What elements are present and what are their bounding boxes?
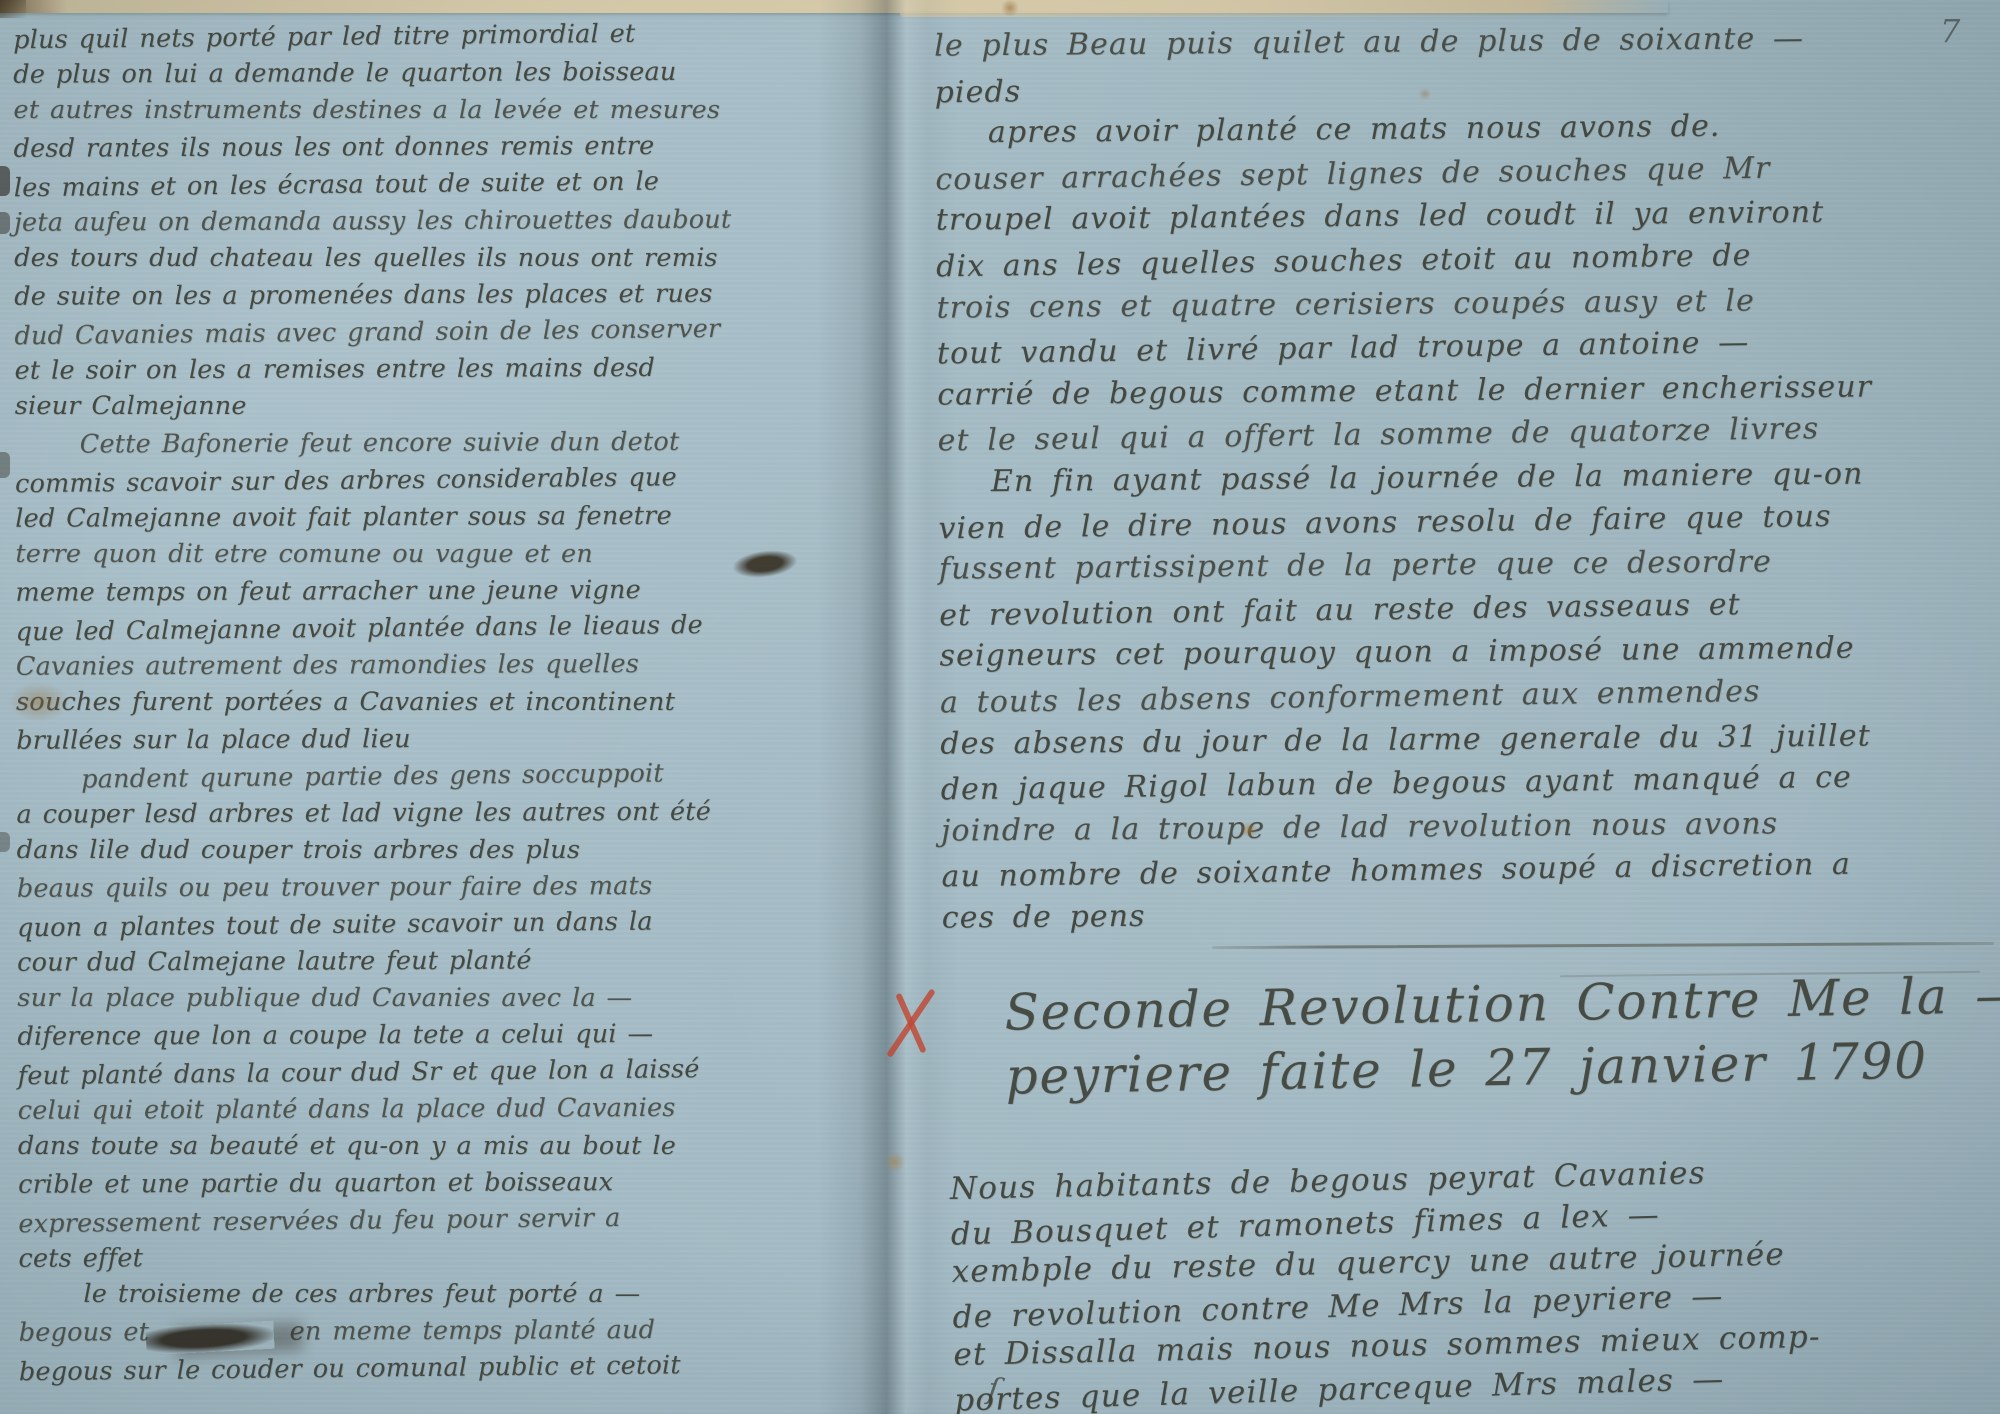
red-x-margin-mark — [880, 982, 940, 1063]
manuscript-line: beaus quils ou peu trouver pour faire de… — [17, 867, 827, 908]
brown-stain — [8, 682, 70, 722]
edge-ink-mark — [0, 452, 10, 478]
rust-spot — [1240, 822, 1258, 838]
corner-stain — [0, 0, 26, 18]
manuscript-line: begous sur le couder ou comunal public e… — [19, 1346, 829, 1391]
edge-ink-mark — [0, 166, 10, 196]
manuscript-line: crible et une partie du quarton et boiss… — [18, 1163, 828, 1204]
edge-ink-mark — [0, 212, 10, 234]
rust-spot — [1418, 88, 1432, 100]
manuscript-line: et le soir on les a remises entre les ma… — [14, 349, 824, 390]
manuscript-line: Cavanies autrement des ramondies les que… — [16, 645, 826, 686]
manuscript-line: begous et en meme temps planté aud — [19, 1311, 829, 1352]
manuscript-line: sieur Calmejanne — [15, 388, 825, 425]
manuscript-scan: plus quil nets porté par led titre primo… — [0, 0, 2000, 1414]
manuscript-line: quon a plantes tout de suite scavoir un … — [17, 902, 827, 947]
manuscript-line: le troisieme de ces arbres feut porté a … — [19, 1276, 829, 1313]
rust-spot — [1000, 0, 1020, 16]
manuscript-line: cour dud Calmejane lautre feut planté — [17, 941, 827, 982]
manuscript-line: pandent qurune partie des gens soccuppoi… — [16, 754, 826, 799]
manuscript-line: dans lile dud couper trois arbres des pl… — [17, 832, 827, 869]
left-page-text: plus quil nets porté par led titre primo… — [13, 16, 829, 1389]
manuscript-line: diference que lon a coupe la tete a celu… — [17, 1015, 827, 1056]
manuscript-line: celui qui etoit planté dans la place dud… — [18, 1089, 828, 1130]
manuscript-line: de plus on lui a demande le quarton les … — [13, 53, 823, 94]
right-page-lower-text: Nous habitants de begous peyrat Cavanies… — [950, 1147, 2000, 1414]
manuscript-line: expressement reservées du feu pour servi… — [18, 1198, 828, 1243]
manuscript-line: sur la place publique dud Cavanies avec … — [17, 980, 827, 1017]
manuscript-line: a couper lesd arbres et lad vigne les au… — [16, 793, 826, 834]
manuscript-line: meme temps on feut arracher une jeune vi… — [15, 571, 825, 612]
edge-ink-mark — [0, 832, 10, 852]
manuscript-line: dud Cavanies mais avec grand soin de les… — [14, 310, 824, 355]
manuscript-line: Cette Bafonerie feut encore suivie dun d… — [15, 423, 825, 464]
manuscript-line: de suite on les a promenées dans les pla… — [14, 275, 824, 316]
manuscript-line: desd rantes ils nous les ont donnes remi… — [14, 127, 824, 168]
manuscript-line: plus quil nets porté par led titre primo… — [13, 14, 823, 59]
manuscript-line: des tours dud chateau les quelles ils no… — [14, 240, 824, 277]
manuscript-line: souches furent portées a Cavanies et inc… — [16, 684, 826, 721]
manuscript-line: led Calmejanne avoit fait planter sous s… — [15, 497, 825, 538]
manuscript-line: feut planté dans la cour dud Sr et que l… — [17, 1050, 827, 1095]
manuscript-line: terre quon dit etre comune ou vague et e… — [15, 536, 825, 573]
right-page-upper-text: le plus Beau puis quilet au de plus de s… — [934, 15, 2000, 940]
manuscript-line: brullées sur la place dud lieu — [16, 719, 826, 760]
manuscript-line: et autres instruments destines a la levé… — [13, 92, 823, 129]
manuscript-line: que led Calmejanne avoit plantée dans le… — [16, 606, 826, 651]
section-heading: Seconde Revolution Contre Me la —peyrier… — [1004, 963, 1996, 1108]
manuscript-line: dans toute sa beauté et qu-on y a mis au… — [18, 1128, 828, 1165]
manuscript-line: les mains et on les écrasa tout de suite… — [14, 162, 824, 207]
rust-spot — [884, 1152, 906, 1172]
manuscript-line: cets effet — [18, 1237, 828, 1278]
pen-divider-line — [1212, 942, 1994, 949]
manuscript-line: commis scavoir sur des arbres considerab… — [15, 458, 825, 503]
manuscript-line: jeta aufeu on demanda aussy les chirouet… — [14, 201, 824, 242]
